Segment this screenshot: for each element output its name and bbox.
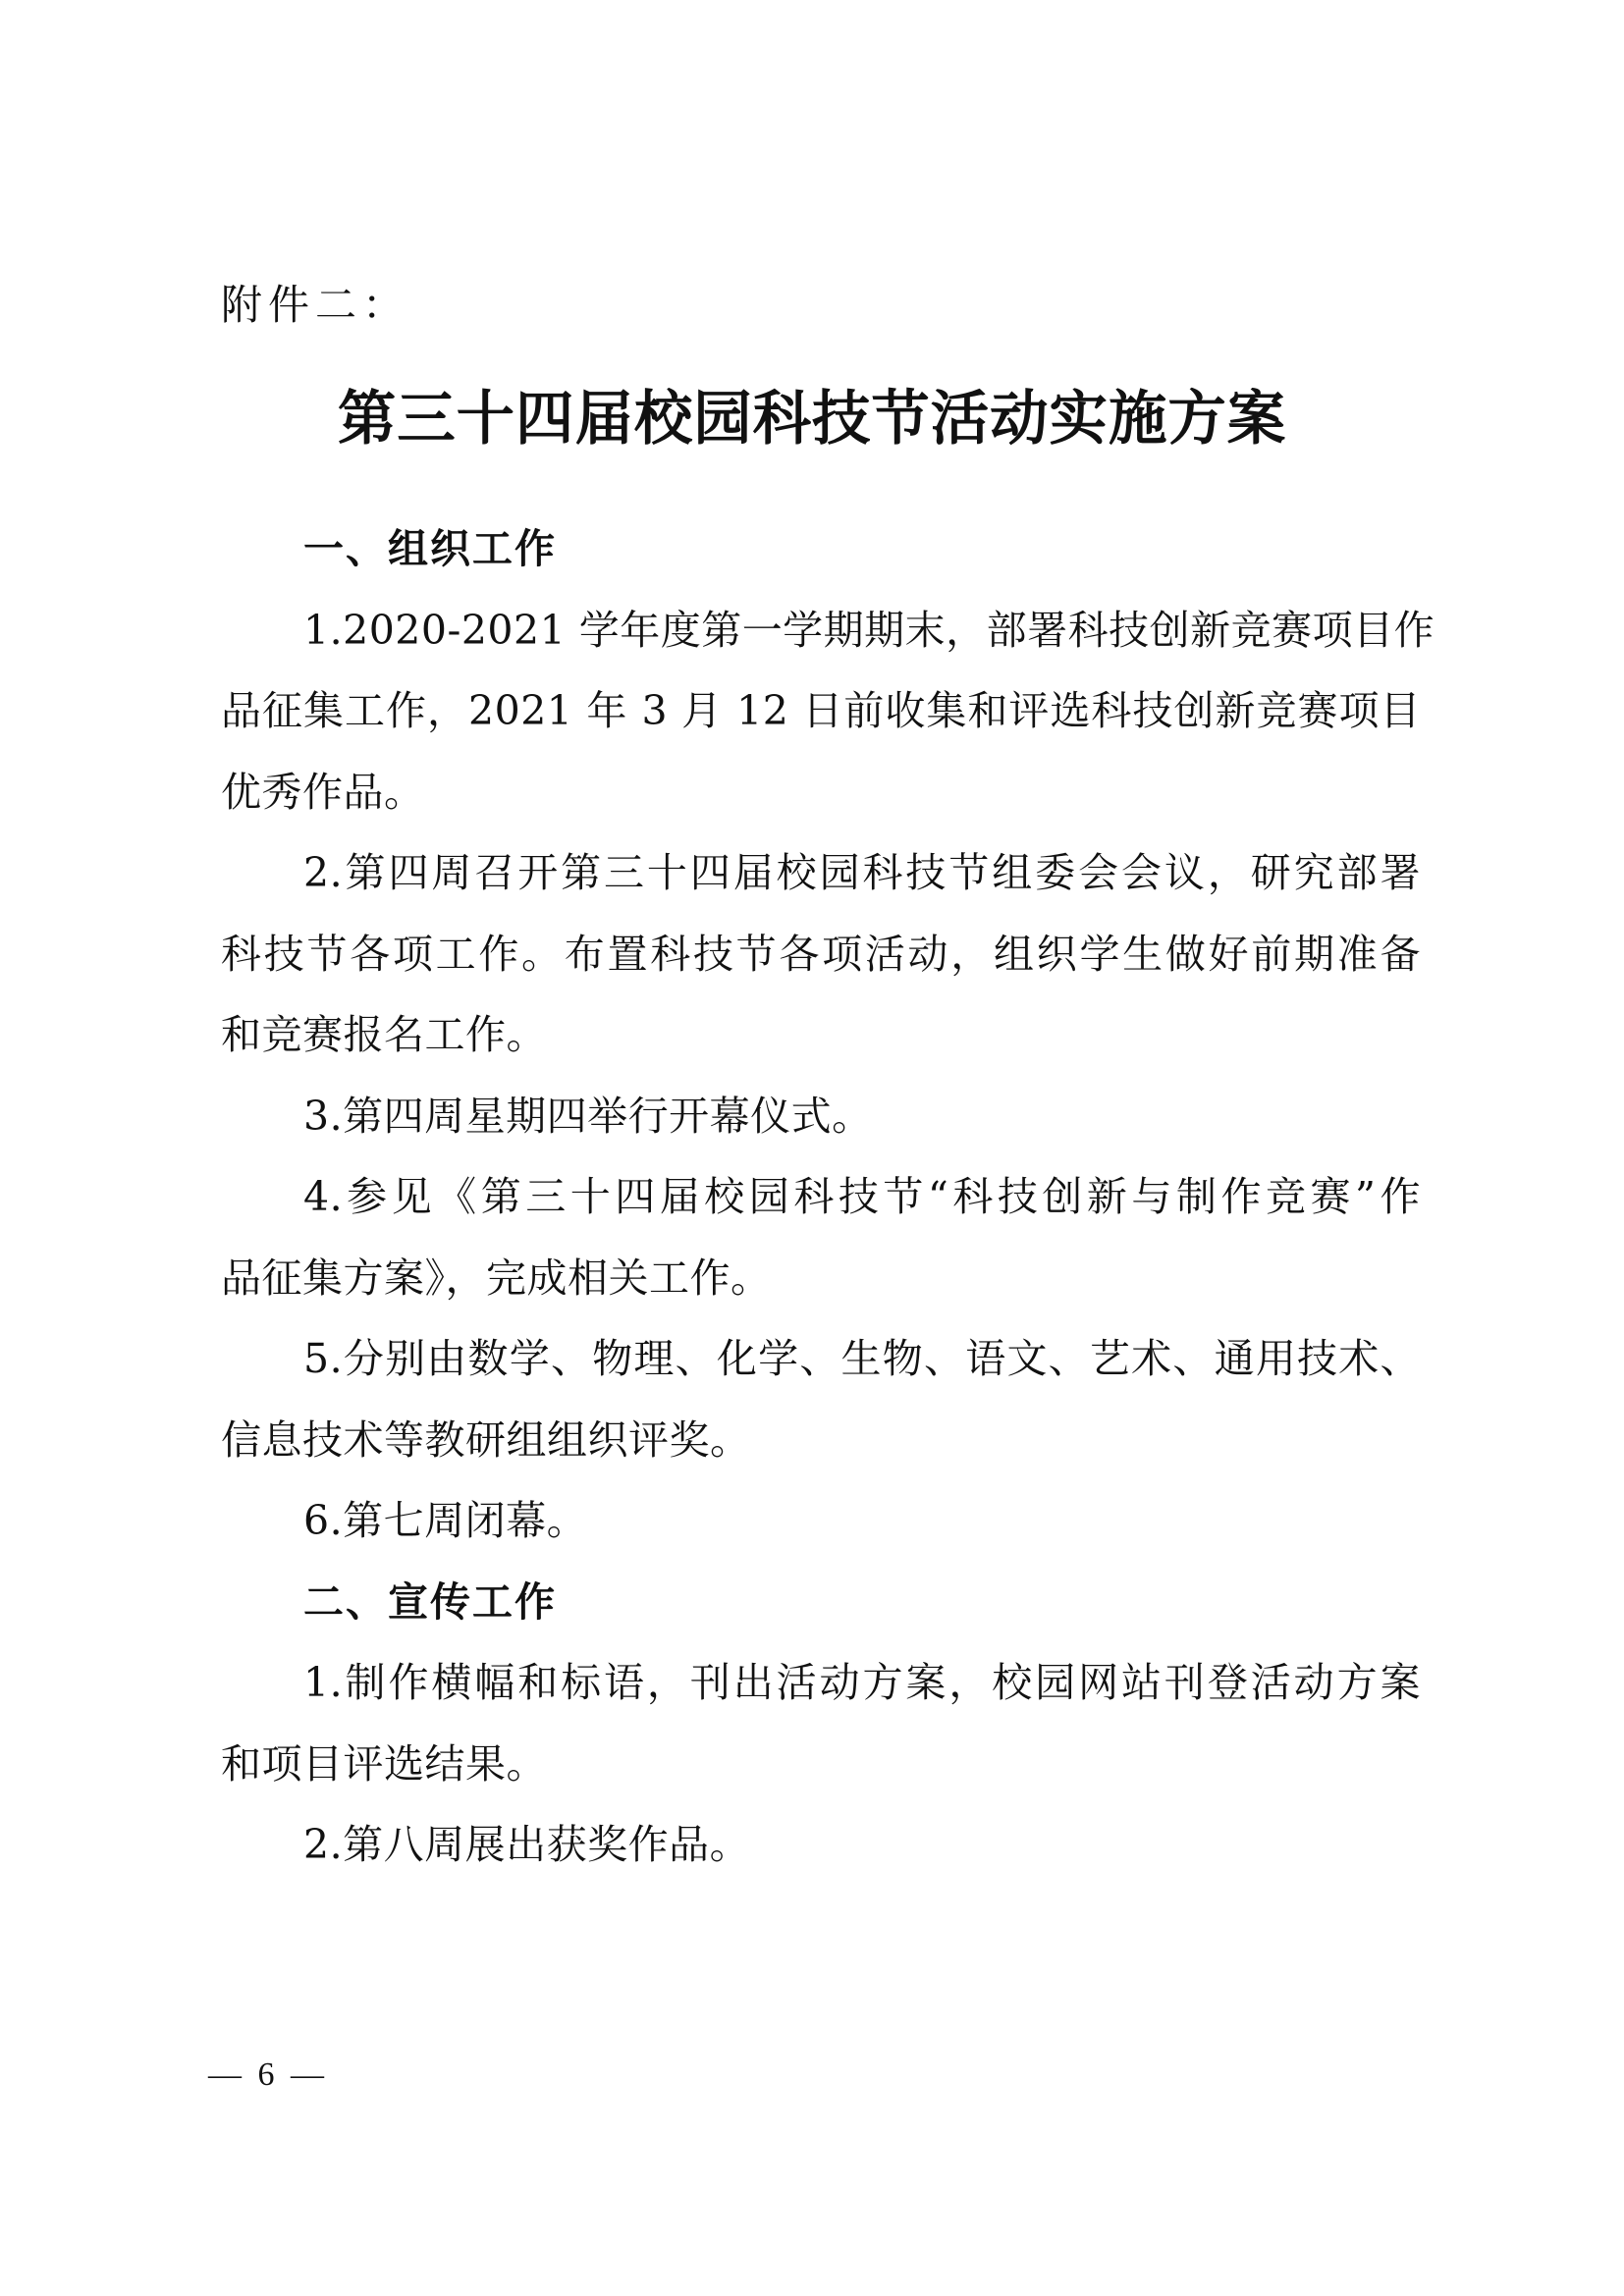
paragraph-line: 1.2020-2021 学年度第一学期期末，部署科技创新竞赛项目作 (221, 602, 1421, 683)
section-heading-publicity: 二、宣传工作 (221, 1574, 1421, 1655)
paragraph-line: 品征集方案》，完成相关工作。 (221, 1250, 1421, 1331)
page-number: — 6 — (208, 2056, 328, 2095)
document-page: 附件二： 第三十四届校园科技节活动实施方案 一、组织工作 1.2020-2021… (0, 0, 1624, 2296)
paragraph-line: 信息技术等教研组组织评奖。 (221, 1412, 1421, 1493)
attachment-label: 附件二： (221, 281, 409, 330)
paragraph-line: 和竞赛报名工作。 (221, 1006, 1421, 1088)
paragraph-line: 4.参见《第三十四届校园科技节“科技创新与制作竞赛”作 (221, 1168, 1421, 1250)
paragraph-line: 科技节各项工作。布置科技节各项活动，组织学生做好前期准备 (221, 926, 1421, 1007)
document-title: 第三十四届校园科技节活动实施方案 (8, 385, 1615, 454)
paragraph-line: 和项目评选结果。 (221, 1735, 1421, 1817)
document-body: 一、组织工作 1.2020-2021 学年度第一学期期末，部署科技创新竞赛项目作… (221, 520, 1421, 1897)
paragraph-line: 品征集工作，2021 年 3 月 12 日前收集和评选科技创新竞赛项目 (221, 682, 1421, 764)
section-heading-organization: 一、组织工作 (221, 520, 1421, 602)
paragraph-line: 5.分别由数学、物理、化学、生物、语文、艺术、通用技术、 (221, 1330, 1421, 1412)
paragraph-line: 1.制作横幅和标语，刊出活动方案，校园网站刊登活动方案 (221, 1654, 1421, 1735)
paragraph-line: 2.第八周展出获奖作品。 (221, 1816, 1421, 1897)
paragraph-line: 3.第四周星期四举行开幕仪式。 (221, 1088, 1421, 1169)
paragraph-line: 2.第四周召开第三十四届校园科技节组委会会议，研究部署 (221, 844, 1421, 926)
paragraph-line: 6.第七周闭幕。 (221, 1492, 1421, 1574)
paragraph-line: 优秀作品。 (221, 764, 1421, 845)
